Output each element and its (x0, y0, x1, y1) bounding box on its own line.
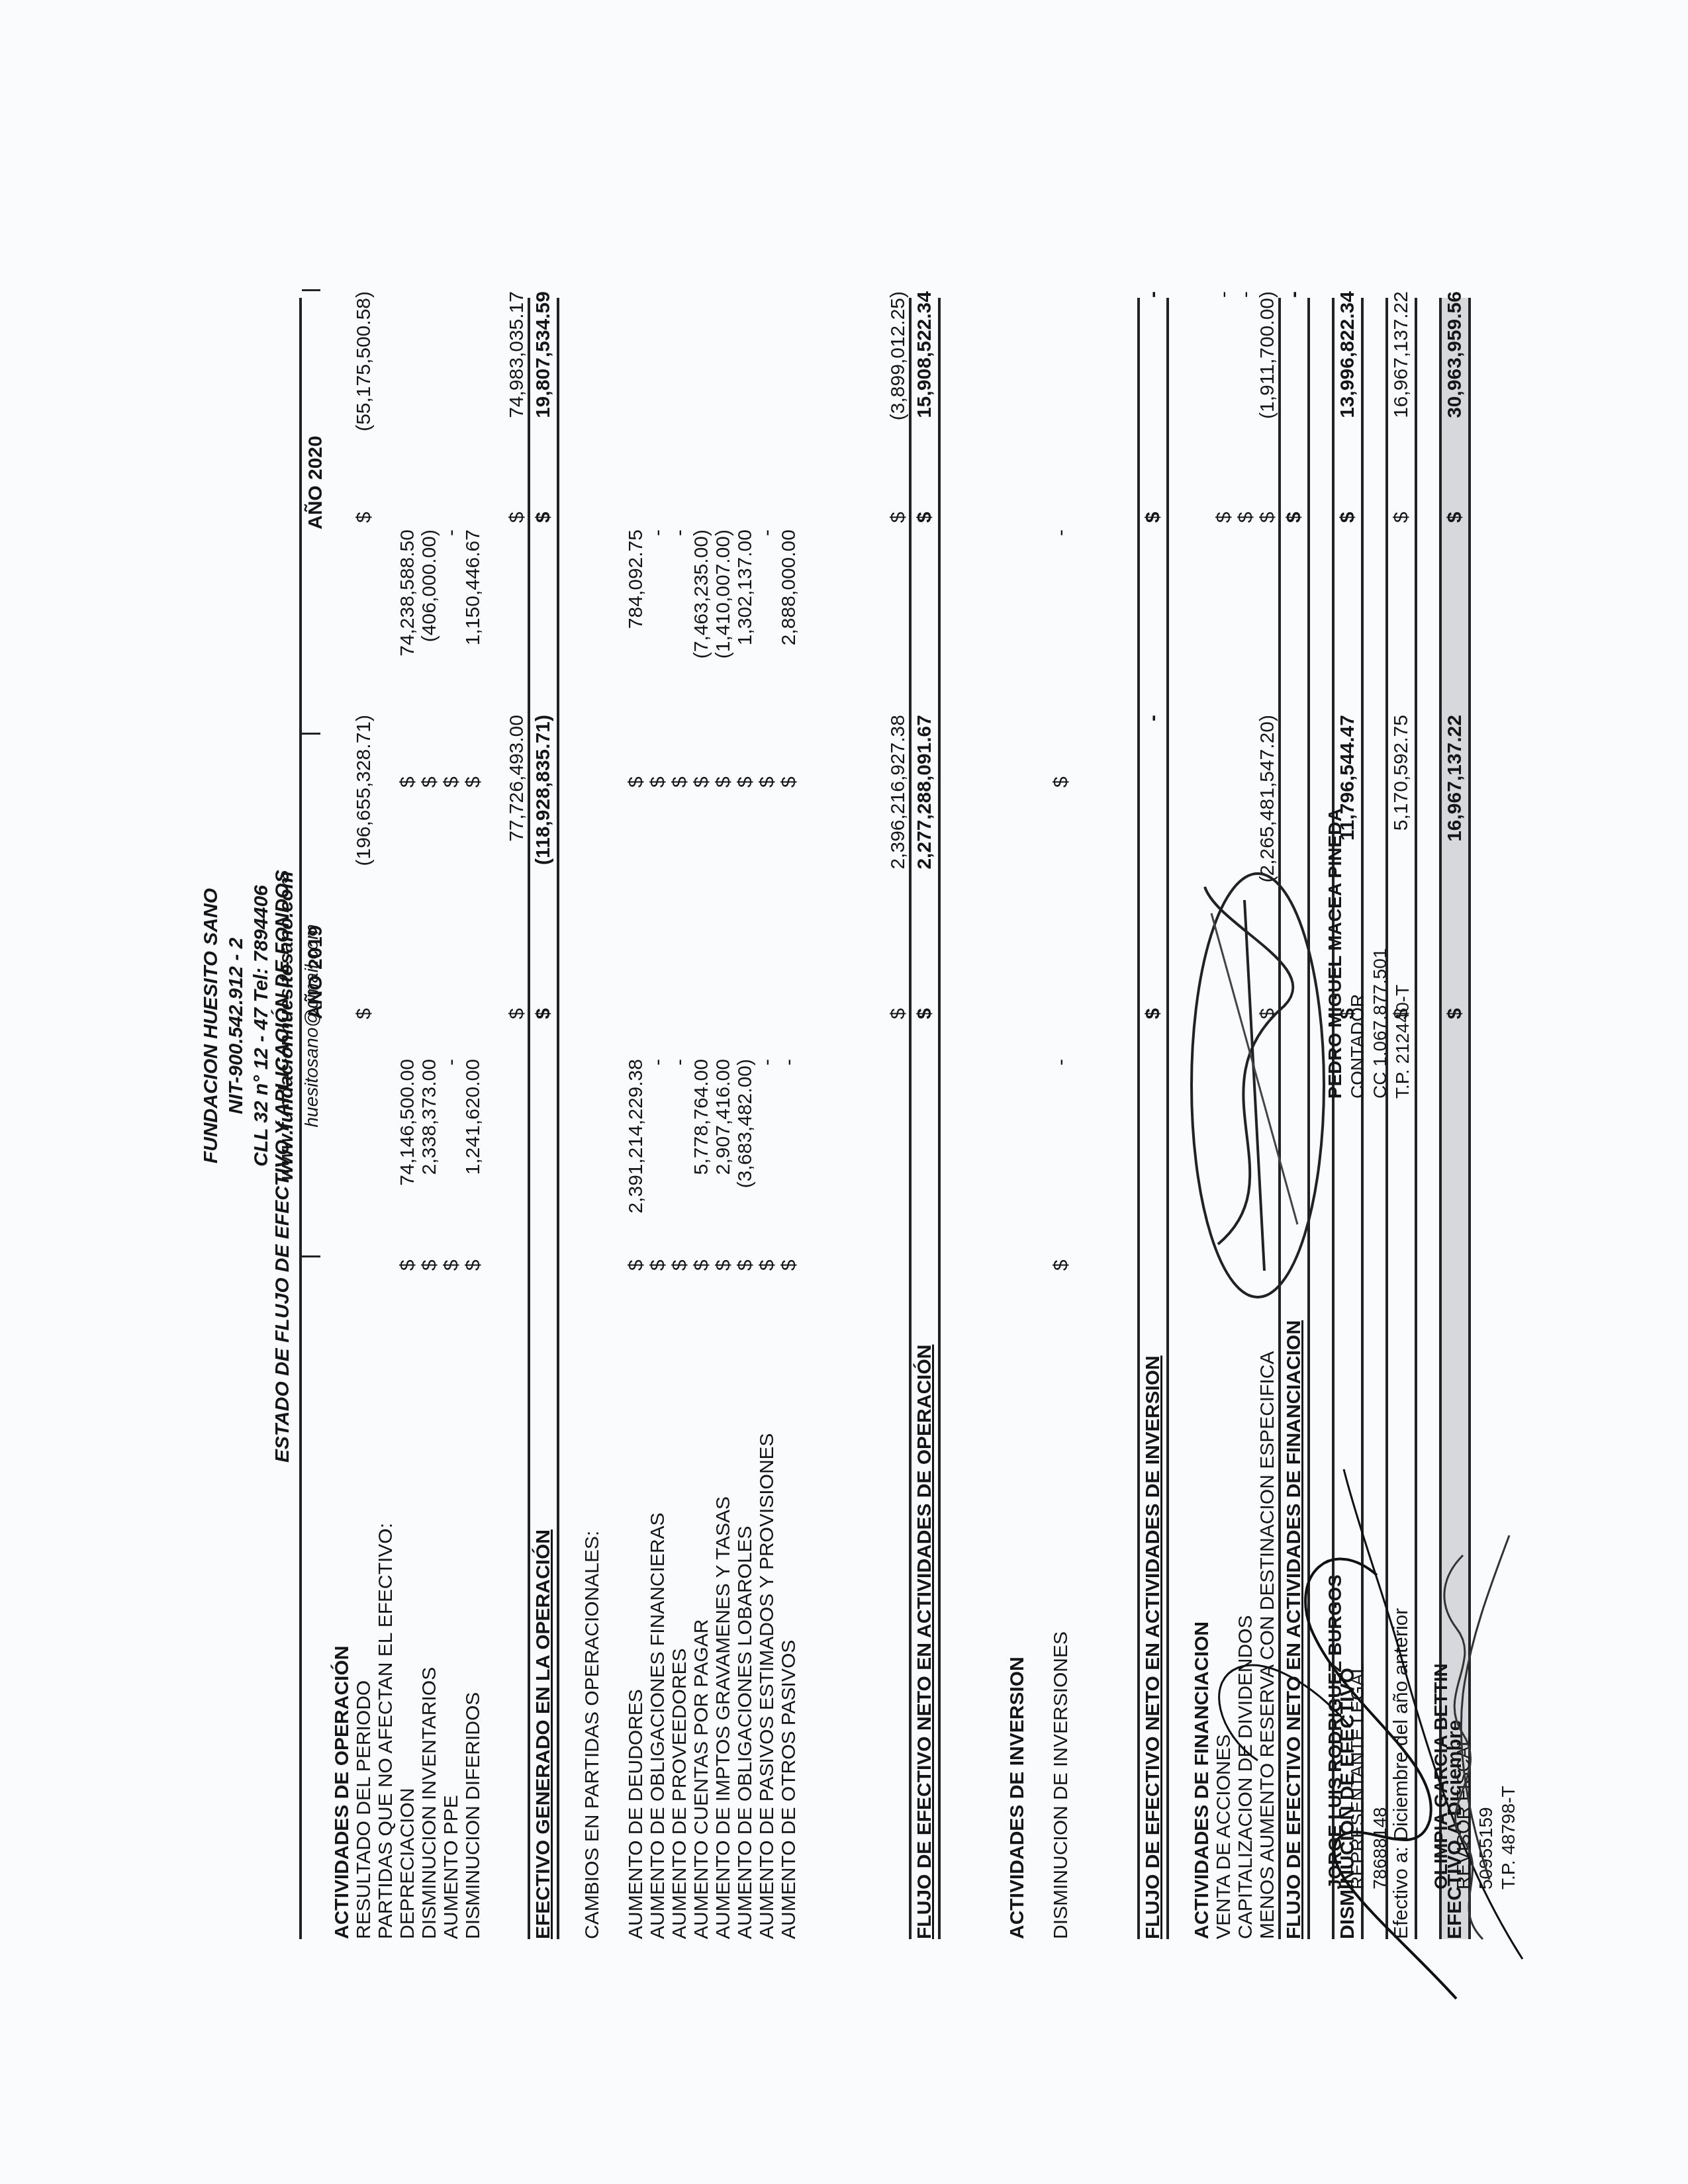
efectivo-generado-row: EFECTIVO GENERADO EN LA OPERACIÓN$(118,9… (528, 298, 559, 1939)
amount-value: (406,000.00) (418, 529, 440, 807)
amount-value: 15,908,522.34 (912, 291, 938, 569)
currency-symbol: $ (912, 999, 938, 1019)
table-row: AUMENTO DE DEUDORES$2,391,214,229.38$784… (625, 298, 647, 1939)
amount-value: (3,683,482.00) (734, 1059, 756, 1337)
row-label: ACTIVIDADES DE OPERACIÓN (331, 1646, 353, 1939)
amount-value: 2,277,288,091.67 (912, 715, 938, 993)
spacer (941, 298, 984, 1939)
row-label: FLUJO DE EFECTIVO NETO EN ACTIVIDADES DE… (912, 1345, 938, 1939)
subtotal-row: $2,396,216,927.38$(3,899,012.25) (887, 298, 909, 1939)
currency-symbol: $ (1256, 999, 1278, 1019)
amount-value: 1,302,137.00 (734, 529, 756, 807)
table-row: AUMENTO CUENTAS POR PAGAR$5,778,764.00$(… (690, 298, 712, 1939)
row-label: RESULTADO DEL PERIODO (353, 1680, 375, 1939)
row-label: DISMINUCION DE INVERSIONES (1050, 1631, 1072, 1939)
row-label: AUMENTO DE PROVEEDORES (669, 1648, 690, 1939)
table-row: DISMINUCION INVENTARIOS$2,338,373.00$(40… (418, 298, 440, 1939)
amount-value: (118,928,835.71) (530, 715, 557, 993)
column-divider (302, 733, 320, 735)
row-label: MENOS AUMENTO RESERVA CON DESTINACION ES… (1256, 1351, 1278, 1939)
flujo-neto-inversion-row: FLUJO DE EFECTIVO NETO EN ACTIVIDADES DE… (1137, 298, 1169, 1939)
section-heading-cambios: CAMBIOS EN PARTIDAS OPERACIONALES: (581, 298, 603, 1939)
amount-value: - (647, 1059, 669, 1337)
spacer (1072, 298, 1115, 1939)
amount-value: (1,410,007.00) (712, 529, 734, 807)
spacer (843, 298, 865, 1939)
column-divider (302, 1255, 320, 1257)
spacer (559, 298, 581, 1939)
amount-value: 5,778,764.00 (690, 1059, 712, 1337)
row-label: ACTIVIDADES DE INVERSION (1006, 1657, 1028, 1939)
amount-value: - (756, 529, 778, 807)
amount-value: 16,967,137.22 (1442, 715, 1468, 993)
row-label: DISMINUCION INVENTARIOS (418, 1667, 440, 1939)
currency-symbol: $ (1140, 999, 1166, 1019)
signature-block-legal-rep: JORGE LUIS RODRIGUEZ BURGOS REPRESENTANT… (1324, 1574, 1391, 1889)
currency-symbol: $ (353, 999, 375, 1019)
amount-value: - (669, 1059, 690, 1337)
amount-value: 74,238,588.50 (397, 529, 418, 807)
column-divider (302, 289, 320, 291)
row-label: AUMENTO DE OBLIGACIONES LOBAROLES (734, 1525, 756, 1939)
currency-symbol: $ (530, 999, 557, 1019)
table-row: VENTA DE ACCIONES$- (1213, 298, 1235, 1939)
amount-value: (7,463,235.00) (690, 529, 712, 807)
table-row: AUMENTO DE OTROS PASIVOS$-$2,888,000.00 (778, 298, 800, 1939)
row-label: AUMENTO DE DEUDORES (625, 1689, 647, 1939)
statement-title: ESTADO DE FLUJO DE EFECTIVO Y APLICACIÓN… (271, 870, 294, 1463)
amount-value: - (1050, 529, 1072, 807)
year-header-2019: AÑO 2019 (305, 925, 327, 1019)
amount-value: 30,963,959.56 (1442, 291, 1468, 569)
row-label: DISMINUCION DIFERIDOS (462, 1692, 484, 1939)
currency-symbol: $ (887, 999, 909, 1019)
row-label: Efectivo a: Diciembre del año anterior (1388, 1608, 1415, 1939)
row-label: EFECTIVO GENERADO EN LA OPERACIÓN (530, 1529, 557, 1939)
row-label: VENTA DE ACCIONES (1213, 1734, 1235, 1939)
amount-value: 16,967,137.22 (1388, 291, 1415, 569)
subtotal-row: $77,726,493.00$74,983,035.17 (506, 298, 528, 1939)
amount-value: - (647, 529, 669, 807)
amount-value: - (1281, 291, 1307, 569)
year-header-2020: AÑO 2020 (305, 435, 327, 529)
amount-value: 77,726,493.00 (506, 715, 528, 993)
table-row: PARTIDAS QUE NO AFECTAN EL EFECTIVO: (375, 298, 397, 1939)
amount-value: 2,907,416.00 (712, 1059, 734, 1337)
signature-block-fiscal-reviewer: OLIMPIA GARCIA BETTIN REVISOR FISCAL 509… (1430, 1663, 1520, 1889)
org-name: FUNDACION HUESITO SANO (199, 728, 224, 1324)
row-label: AUMENTO DE OBLIGACIONES FINANCIERAS (647, 1512, 669, 1939)
scanned-document-page: FUNDACION HUESITO SANO NIT-900.542.912 -… (0, 0, 1688, 2184)
amount-value: - (778, 1059, 800, 1337)
amount-value: - (440, 1059, 462, 1337)
currency-symbol: $ (506, 999, 528, 1019)
table-row: AUMENTO PPE$-$- (440, 298, 462, 1939)
amount-value: 2,888,000.00 (778, 529, 800, 807)
row-label: ACTIVIDADES DE FINANCIACION (1191, 1621, 1213, 1939)
amount-value: 13,996,822.34 (1335, 291, 1361, 569)
row-label: CAMBIOS EN PARTIDAS OPERACIONALES: (581, 1531, 603, 1939)
row-label: CAPITALIZACION DE DIVIDENDOS (1235, 1615, 1256, 1939)
table-row: CAPITALIZACION DE DIVIDENDOS$- (1235, 298, 1256, 1939)
title-rule (299, 298, 302, 1939)
amount-value: - (1140, 715, 1166, 993)
amount-value: - (440, 529, 462, 807)
org-address: CLL 32 n° 12 - 47 Tel: 7894406 (249, 728, 274, 1324)
table-row: DEPRECIACION$74,146,500.00$74,238,588.50 (397, 298, 418, 1939)
cash-flow-table: ACTIVIDADES DE OPERACIÓNRESULTADO DEL PE… (331, 298, 1471, 1939)
spacer (1169, 298, 1191, 1939)
spacer (800, 298, 843, 1939)
row-label: PARTIDAS QUE NO AFECTAN EL EFECTIVO: (375, 1523, 397, 1939)
table-row: AUMENTO DE OBLIGACIONES FINANCIERAS$-$- (647, 298, 669, 1939)
amount-value: 1,150,446.67 (462, 529, 484, 807)
amount-value: 2,338,373.00 (418, 1059, 440, 1337)
section-heading-operacion: ACTIVIDADES DE OPERACIÓN (331, 298, 353, 1939)
amount-value: (196,655,328.71) (353, 715, 375, 993)
table-row: DISMINUCION DIFERIDOS$1,241,620.00$1,150… (462, 298, 484, 1939)
row-label: FLUJO DE EFECTIVO NETO EN ACTIVIDADES DE… (1281, 1320, 1307, 1939)
amount-value: - (1050, 1059, 1072, 1337)
org-header: FUNDACION HUESITO SANO NIT-900.542.912 -… (199, 728, 324, 1324)
table-row: AUMENTO DE OBLIGACIONES LOBAROLES$(3,683… (734, 298, 756, 1939)
org-email: huesitosano@gmail.com (299, 728, 324, 1324)
section-heading-financiacion: ACTIVIDADES DE FINANCIACION (1191, 298, 1213, 1939)
row-label: AUMENTO DE IMPTOS GRAVAMENES Y TASAS (712, 1496, 734, 1939)
spacer (484, 298, 506, 1939)
section-heading-inversion: ACTIVIDADES DE INVERSION (1006, 298, 1028, 1939)
amount-value: 19,807,534.59 (530, 291, 557, 569)
org-nit: NIT-900.542.912 - 2 (224, 728, 249, 1324)
amount-value: (55,175,500.58) (353, 291, 375, 569)
row-label: DEPRECIACION (397, 1788, 418, 1939)
spacer (603, 298, 625, 1939)
table-row: AUMENTO DE IMPTOS GRAVAMENES Y TASAS$2,9… (712, 298, 734, 1939)
row-label: AUMENTO DE PASIVOS ESTIMADOS Y PROVISION… (756, 1433, 778, 1939)
amount-value: (3,899,012.25) (887, 291, 909, 569)
row-label: AUMENTO CUENTAS POR PAGAR (690, 1619, 712, 1939)
amount-value: 74,983,035.17 (506, 291, 528, 569)
row-label: AUMENTO PPE (440, 1795, 462, 1939)
amount-value: 2,396,216,927.38 (887, 715, 909, 993)
amount-value: (2,265,481,547.20) (1256, 715, 1278, 993)
spacer (865, 298, 887, 1939)
amount-value: 1,241,620.00 (462, 1059, 484, 1337)
amount-value: - (756, 1059, 778, 1337)
amount-value: 784,092.75 (625, 529, 647, 807)
amount-value: - (1140, 291, 1166, 569)
table-row: AUMENTO DE PASIVOS ESTIMADOS Y PROVISION… (756, 298, 778, 1939)
amount-value: 2,391,214,229.38 (625, 1059, 647, 1337)
table-row: MENOS AUMENTO RESERVA CON DESTINACION ES… (1256, 298, 1278, 1939)
spacer (1115, 298, 1137, 1939)
flujo-neto-operacion-row: FLUJO DE EFECTIVO NETO EN ACTIVIDADES DE… (909, 298, 941, 1939)
signature-block-accountant: PEDRO MIGUEL MACEA PINEDA CONTADOR CC 1.… (1324, 808, 1414, 1099)
row-label: AUMENTO DE OTROS PASIVOS (778, 1640, 800, 1939)
table-row: DISMINUCION DE INVERSIONES$-$- (1050, 298, 1072, 1939)
table-row: AUMENTO DE PROVEEDORES$-$- (669, 298, 690, 1939)
flujo-neto-financiacion-row: FLUJO DE EFECTIVO NETO EN ACTIVIDADES DE… (1278, 298, 1310, 1939)
amount-value: - (1213, 291, 1235, 569)
row-label: FLUJO DE EFECTIVO NETO EN ACTIVIDADES DE… (1140, 1355, 1166, 1939)
amount-value: - (669, 529, 690, 807)
amount-value: (1,911,700.00) (1256, 291, 1278, 569)
currency-symbol: $ (1442, 999, 1468, 1019)
spacer (984, 298, 1006, 1939)
table-row: RESULTADO DEL PERIODO$(196,655,328.71)$(… (353, 298, 375, 1939)
amount-value: - (1235, 291, 1256, 569)
spacer (1028, 298, 1050, 1939)
amount-value: 74,146,500.00 (397, 1059, 418, 1337)
